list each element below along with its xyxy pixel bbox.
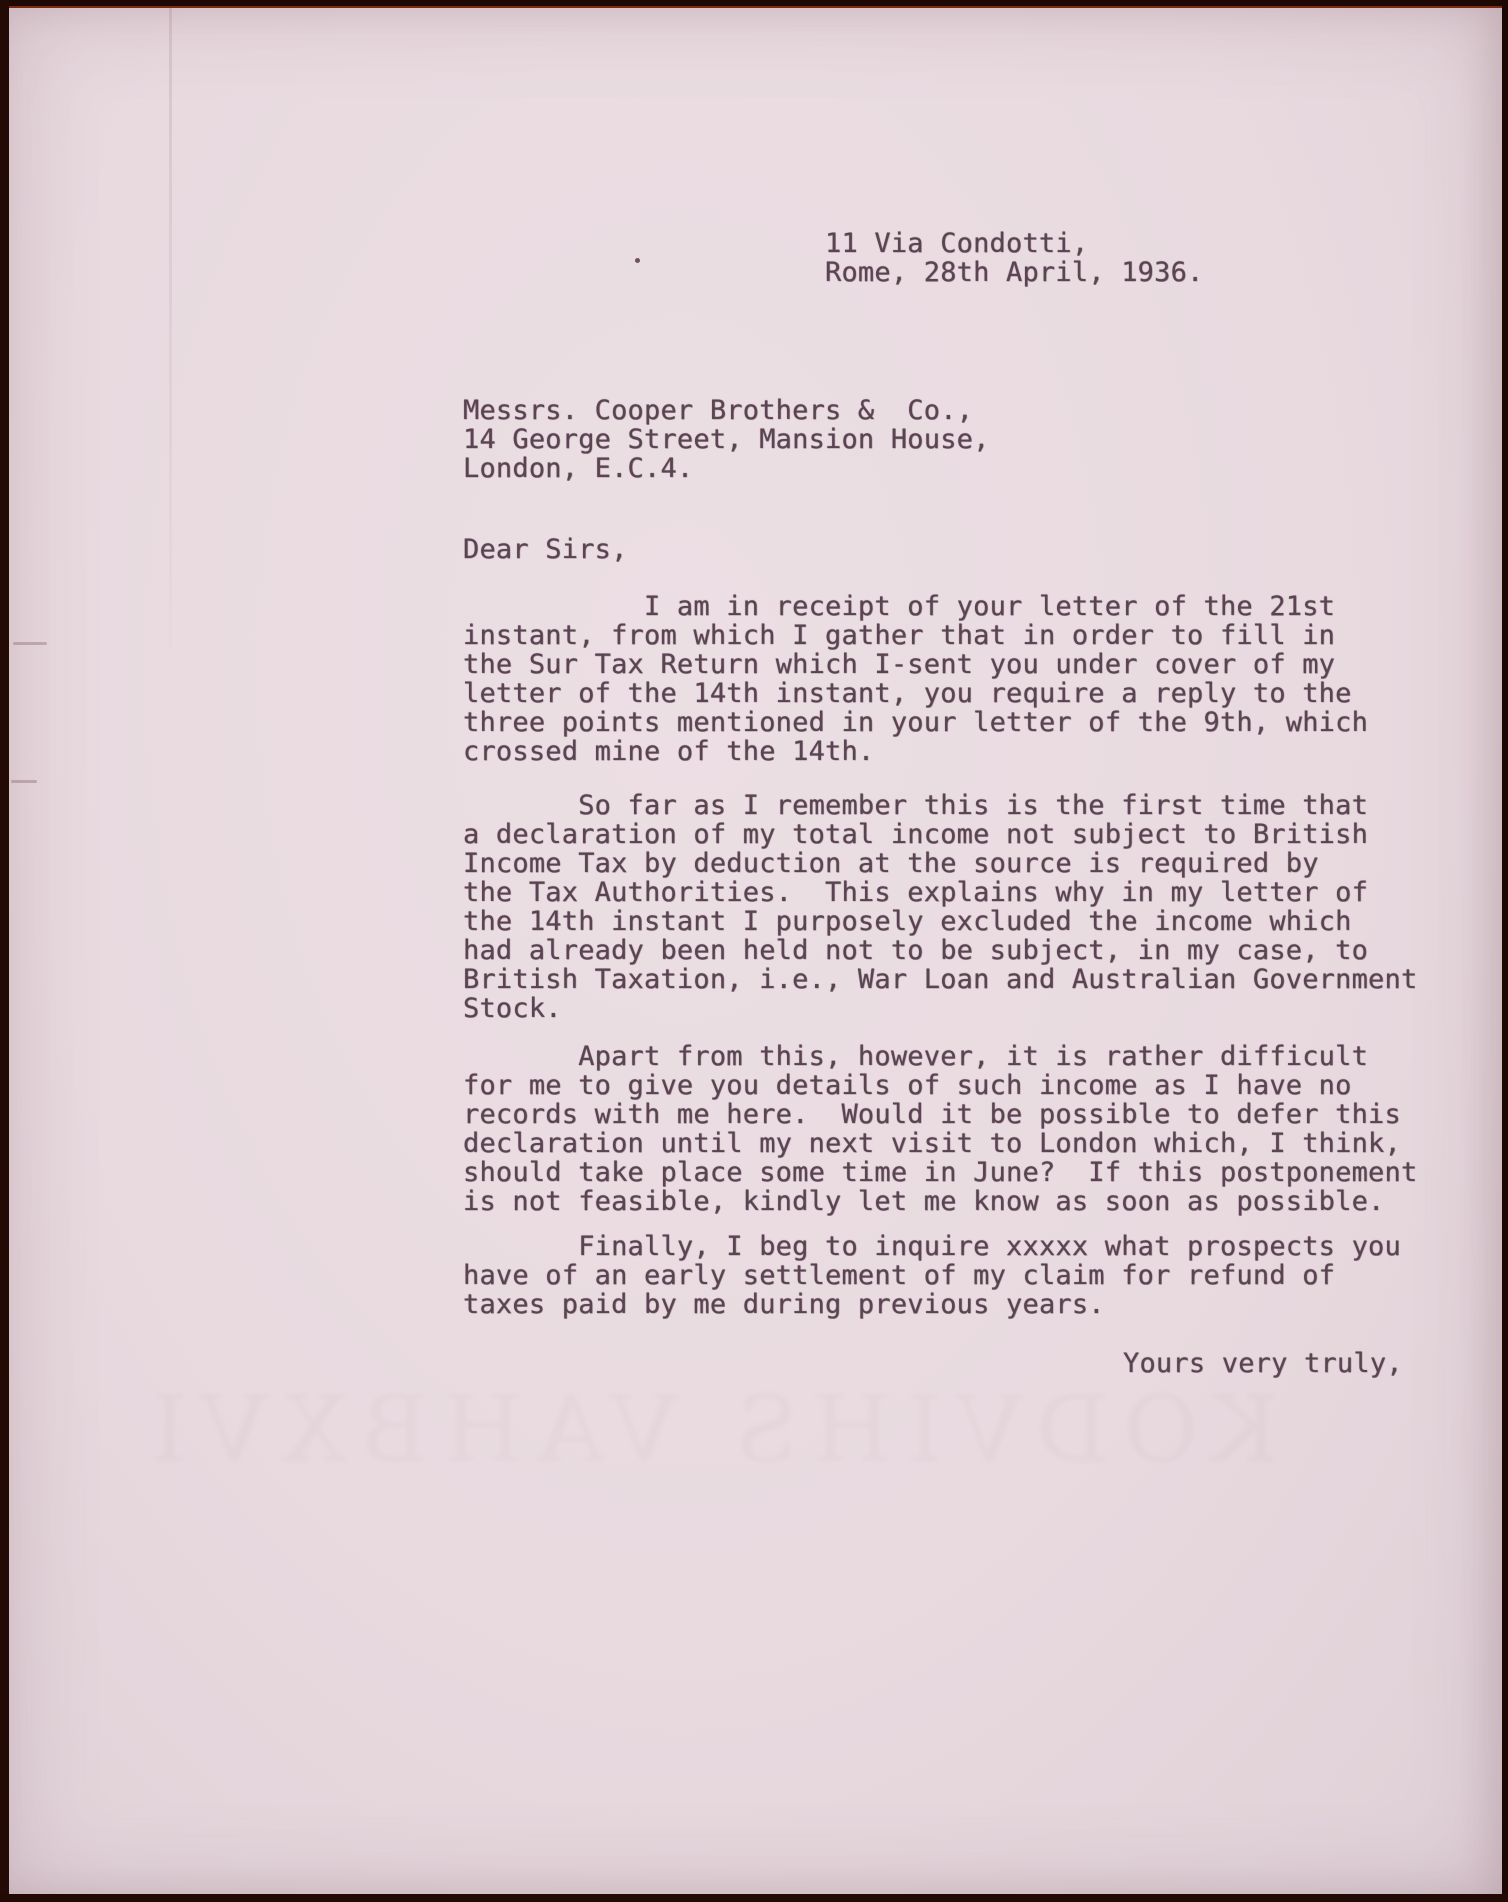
paragraph-4-line: Finally, I beg to inquire xxxxx what pro… <box>463 1232 1401 1261</box>
recipient-line-1: Messrs. Cooper Brothers & Co., <box>463 396 990 425</box>
paragraph-3-line: for me to give you details of such incom… <box>463 1071 1417 1100</box>
paragraph-2-line: had already been held not to be subject,… <box>463 936 1417 965</box>
closing-text: Yours very truly, <box>1123 1349 1403 1378</box>
paragraph-1-line: three points mentioned in your letter of… <box>463 708 1368 737</box>
scan-streak <box>11 780 37 783</box>
paragraph-2-line: the Tax Authorities. This explains why i… <box>463 878 1417 907</box>
paragraph-3: Apart from this, however, it is rather d… <box>463 1042 1417 1216</box>
salutation: Dear Sirs, <box>463 535 628 564</box>
recipient-line-3: London, E.C.4. <box>463 454 990 483</box>
paragraph-2-line: Income Tax by deduction at the source is… <box>463 849 1417 878</box>
scan-border-top <box>0 0 1508 8</box>
paragraph-3-line: Apart from this, however, it is rather d… <box>463 1042 1417 1071</box>
sender-address-line-1: 11 Via Condotti, <box>825 229 1203 258</box>
paragraph-2: So far as I remember this is the first t… <box>463 791 1417 1023</box>
paragraph-1-line: I am in receipt of your letter of the 21… <box>463 592 1368 621</box>
paragraph-4-line: taxes paid by me during previous years. <box>463 1290 1401 1319</box>
paragraph-2-line: the 14th instant I purposely excluded th… <box>463 907 1417 936</box>
paragraph-2-line: Stock. <box>463 994 1417 1023</box>
letter-page: KODVIHS VAHBXVI 11 Via Condotti, Rome, 2… <box>9 8 1502 1894</box>
paragraph-4-line: have of an early settlement of my claim … <box>463 1261 1401 1290</box>
paragraph-3-line: should take place some time in June? If … <box>463 1158 1417 1187</box>
paragraph-2-line: So far as I remember this is the first t… <box>463 791 1417 820</box>
recipient-address-block: Messrs. Cooper Brothers & Co., 14 George… <box>463 396 990 483</box>
scan-border-bottom <box>0 1894 1508 1902</box>
paragraph-4: Finally, I beg to inquire xxxxx what pro… <box>463 1232 1401 1319</box>
paragraph-1: I am in receipt of your letter of the 21… <box>463 592 1368 766</box>
paragraph-1-line: crossed mine of the 14th. <box>463 737 1368 766</box>
scan-border-right <box>1502 0 1508 1902</box>
paper-crease <box>169 8 172 648</box>
sender-address-line-2: Rome, 28th April, 1936. <box>825 258 1203 287</box>
closing: Yours very truly, <box>1123 1349 1403 1378</box>
sender-address-block: 11 Via Condotti, Rome, 28th April, 1936. <box>825 229 1203 287</box>
paragraph-3-line: is not feasible, kindly let me know as s… <box>463 1187 1417 1216</box>
scanned-letter: KODVIHS VAHBXVI 11 Via Condotti, Rome, 2… <box>0 0 1508 1902</box>
paragraph-2-line: a declaration of my total income not sub… <box>463 820 1417 849</box>
paragraph-3-line: declaration until my next visit to Londo… <box>463 1129 1417 1158</box>
scan-streak <box>13 642 47 645</box>
paragraph-1-line: instant, from which I gather that in ord… <box>463 621 1368 650</box>
paragraph-3-line: records with me here. Would it be possib… <box>463 1100 1417 1129</box>
recipient-line-2: 14 George Street, Mansion House, <box>463 425 990 454</box>
salutation-text: Dear Sirs, <box>463 535 628 564</box>
paragraph-2-line: British Taxation, i.e., War Loan and Aus… <box>463 965 1417 994</box>
scan-border-left <box>0 0 9 1902</box>
paragraph-1-line: the Sur Tax Return which I-sent you unde… <box>463 650 1368 679</box>
show-through-text: KODVIHS VAHBXVI <box>179 1376 1279 1483</box>
paragraph-1-line: letter of the 14th instant, you require … <box>463 679 1368 708</box>
ink-speck <box>635 258 640 263</box>
